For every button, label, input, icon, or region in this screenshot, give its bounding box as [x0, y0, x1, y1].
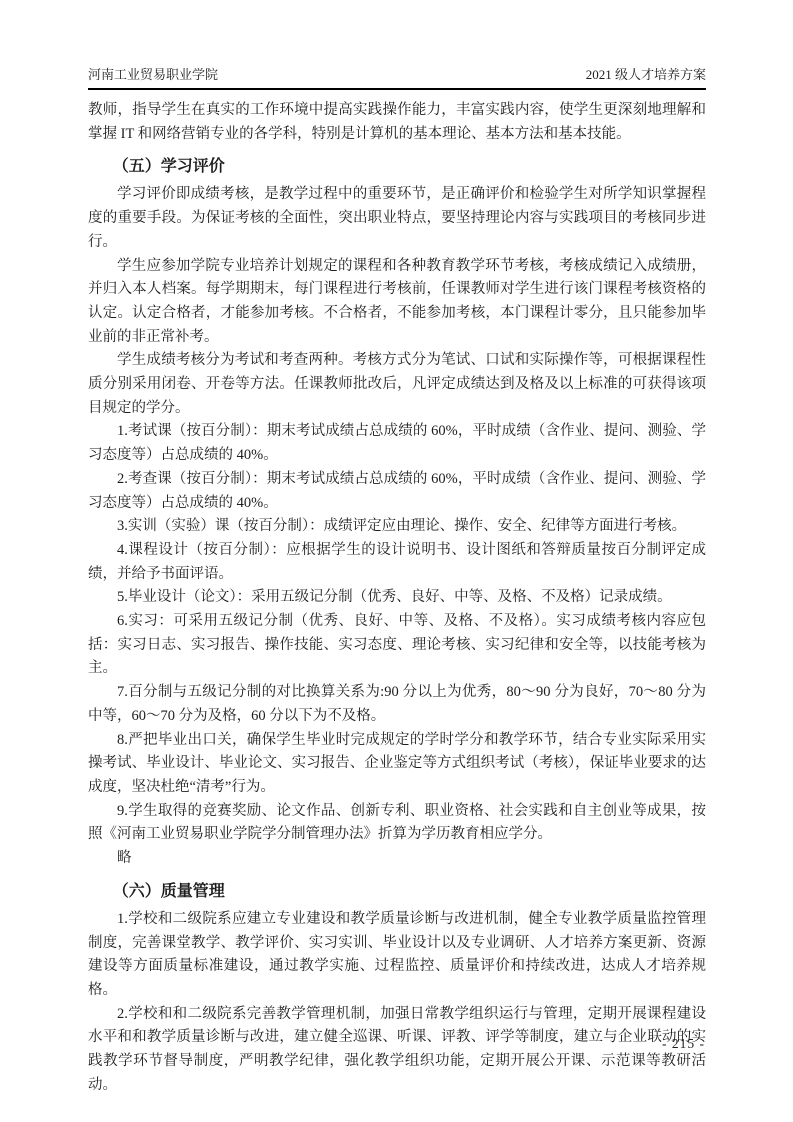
- list-item-7-grade-conversion: 7.百分制与五级记分制的对比换算关系为:90 分以上为优秀，80～90 分为良好…: [88, 681, 706, 728]
- list-item-2-assessment-course: 2.考查课（按百分制）：期末考试成绩占总成绩的 60%，平时成绩（含作业、提问、…: [88, 468, 706, 515]
- body-paragraph: 教师，指导学生在真实的工作环境中提高实践操作能力，丰富实践内容，使学生更深刻地理…: [88, 99, 706, 146]
- list-item-9-credit-conversion: 9.学生取得的竞赛奖励、论文作品、创新专利、职业资格、社会实践和自主创业等成果，…: [88, 800, 706, 847]
- page-header-row: 河南工业贸易职业学院 2021 级人才培养方案: [88, 66, 706, 88]
- ellipsis-note: 略: [88, 847, 706, 871]
- page-header: 河南工业贸易职业学院 2021 级人才培养方案: [88, 66, 706, 90]
- page-number: - 215 -: [662, 1035, 705, 1053]
- header-rule: [88, 88, 706, 90]
- list-item-8-graduation-exit: 8.严把毕业出口关，确保学生毕业时完成规定的学时学分和教学环节，结合专业实际采用…: [88, 729, 706, 800]
- section-heading-5-learning-evaluation: （五）学习评价: [88, 154, 706, 180]
- body-paragraph: 学生应参加学院专业培养计划规定的课程和各种教育教学环节考核，考核成绩记入成绩册，…: [88, 255, 706, 350]
- header-institution-name: 河南工业贸易职业学院: [88, 66, 218, 84]
- list-item-1-quality-mechanism: 1.学校和二级院系应建立专业建设和教学质量诊断与改进机制，健全专业教学质量监控管…: [88, 908, 706, 1003]
- list-item-1-exam-course: 1.考试课（按百分制）：期末考试成绩占总成绩的 60%，平时成绩（含作业、提问、…: [88, 420, 706, 467]
- list-item-6-internship: 6.实习：可采用五级记分制（优秀、良好、中等、及格、不及格）。实习成绩考核内容应…: [88, 610, 706, 681]
- body-paragraph: 学生成绩考核分为考试和考查两种。考核方式分为笔试、口试和实际操作等，可根据课程性…: [88, 349, 706, 420]
- list-item-2-teaching-management: 2.学校和和二级院系完善教学管理机制，加强日常教学组织运行与管理，定期开展课程建…: [88, 1003, 706, 1098]
- body-paragraph: 学习评价即成绩考核，是教学过程中的重要环节，是正确评价和检验学生对所学知识掌握程…: [88, 183, 706, 254]
- document-body: 教师，指导学生在真实的工作环境中提高实践操作能力，丰富实践内容，使学生更深刻地理…: [88, 99, 706, 1097]
- list-item-4-course-design: 4.课程设计（按百分制）：应根据学生的设计说明书、设计图纸和答辩质量按百分制评定…: [88, 539, 706, 586]
- list-item-3-practical-course: 3.实训（实验）课（按百分制）：成绩评定应由理论、操作、安全、纪律等方面进行考核…: [88, 515, 706, 539]
- header-plan-title: 2021 级人才培养方案: [586, 66, 706, 84]
- document-page: 河南工业贸易职业学院 2021 级人才培养方案 教师，指导学生在真实的工作环境中…: [0, 0, 793, 1122]
- list-item-5-graduation-design: 5.毕业设计（论文）：采用五级记分制（优秀、良好、中等、及格、不及格）记录成绩。: [88, 586, 706, 610]
- section-heading-6-quality-management: （六）质量管理: [88, 879, 706, 905]
